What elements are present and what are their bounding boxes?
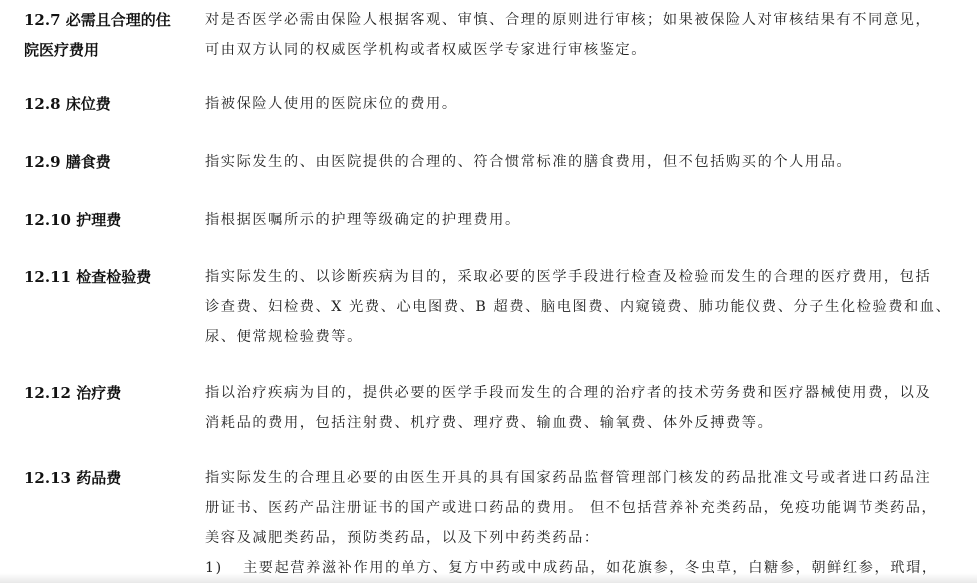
definition-line: 指被保险人使用的医院床位的费用。 — [205, 89, 970, 119]
definition-line: 指根据医嘱所示的护理等级确定的护理费用。 — [205, 205, 970, 235]
term-line: 院医疗费用 — [24, 35, 199, 65]
definition-line: 诊查费、妇检费、X 光费、心电图费、B 超费、脑电图费、内窥镜费、肺功能仪费、分… — [205, 292, 970, 322]
definition-text: 指实际发生的、由医院提供的合理的、符合惯常标准的膳食费用，但不包括购买的个人用品… — [205, 147, 970, 177]
definition-text: 指被保险人使用的医院床位的费用。 — [205, 89, 970, 119]
term-heading: 12.10 护理费 — [24, 205, 199, 235]
definition-line: 指以治疗疾病为目的，提供必要的医学手段而发生的合理的治疗者的技术劳务费和医疗器械… — [205, 378, 970, 408]
term-heading: 12.7 必需且合理的住 院医疗费用 — [24, 5, 199, 65]
definition-line: 指实际发生的、以诊断疾病为目的，采取必要的医学手段进行检查及检验而发生的合理的医… — [205, 262, 970, 292]
definition-line: 指实际发生的合理且必要的由医生开具的具有国家药品监督管理部门核发的药品批准文号或… — [205, 463, 970, 493]
term-line: 12.11 检查检验费 — [24, 262, 199, 292]
definition-text: 指实际发生的、以诊断疾病为目的，采取必要的医学手段进行检查及检验而发生的合理的医… — [205, 262, 970, 352]
term-heading: 12.13 药品费 — [24, 463, 199, 493]
definition-line: 消耗品的费用，包括注射费、机疗费、理疗费、输血费、输氧费、体外反搏费等。 — [205, 408, 970, 438]
term-heading: 12.12 治疗费 — [24, 378, 199, 408]
definition-line: 美容及减肥类药品，预防类药品，以及下列中药类药品： — [205, 523, 970, 553]
term-heading: 12.9 膳食费 — [24, 147, 199, 177]
term-line: 12.8 床位费 — [24, 89, 199, 119]
definition-text: 指根据医嘱所示的护理等级确定的护理费用。 — [205, 205, 970, 235]
definition-line: 尿、便常规检验费等。 — [205, 322, 970, 352]
term-line: 12.10 护理费 — [24, 205, 199, 235]
definition-line: 可由双方认同的权威医学机构或者权威医学专家进行审核鉴定。 — [205, 35, 970, 65]
term-heading: 12.11 检查检验费 — [24, 262, 199, 292]
definition-line: 指实际发生的、由医院提供的合理的、符合惯常标准的膳食费用，但不包括购买的个人用品… — [205, 147, 970, 177]
document-page: 12.7 必需且合理的住 院医疗费用 对是否医学必需由保险人根据客观、审慎、合理… — [0, 0, 977, 583]
term-line: 12.13 药品费 — [24, 463, 199, 493]
term-heading: 12.8 床位费 — [24, 89, 199, 119]
bottom-fade — [0, 573, 977, 583]
term-line: 12.9 膳食费 — [24, 147, 199, 177]
term-line: 12.7 必需且合理的住 — [24, 5, 199, 35]
definition-line: 册证书、医药产品注册证书的国产或进口药品的费用。 但不包括营养补充类药品，免疫功… — [205, 493, 970, 523]
term-line: 12.12 治疗费 — [24, 378, 199, 408]
definition-text: 对是否医学必需由保险人根据客观、审慎、合理的原则进行审核；如果被保险人对审核结果… — [205, 5, 970, 65]
definition-text: 指实际发生的合理且必要的由医生开具的具有国家药品监督管理部门核发的药品批准文号或… — [205, 463, 970, 583]
definition-text: 指以治疗疾病为目的，提供必要的医学手段而发生的合理的治疗者的技术劳务费和医疗器械… — [205, 378, 970, 438]
definition-line: 对是否医学必需由保险人根据客观、审慎、合理的原则进行审核；如果被保险人对审核结果… — [205, 5, 970, 35]
